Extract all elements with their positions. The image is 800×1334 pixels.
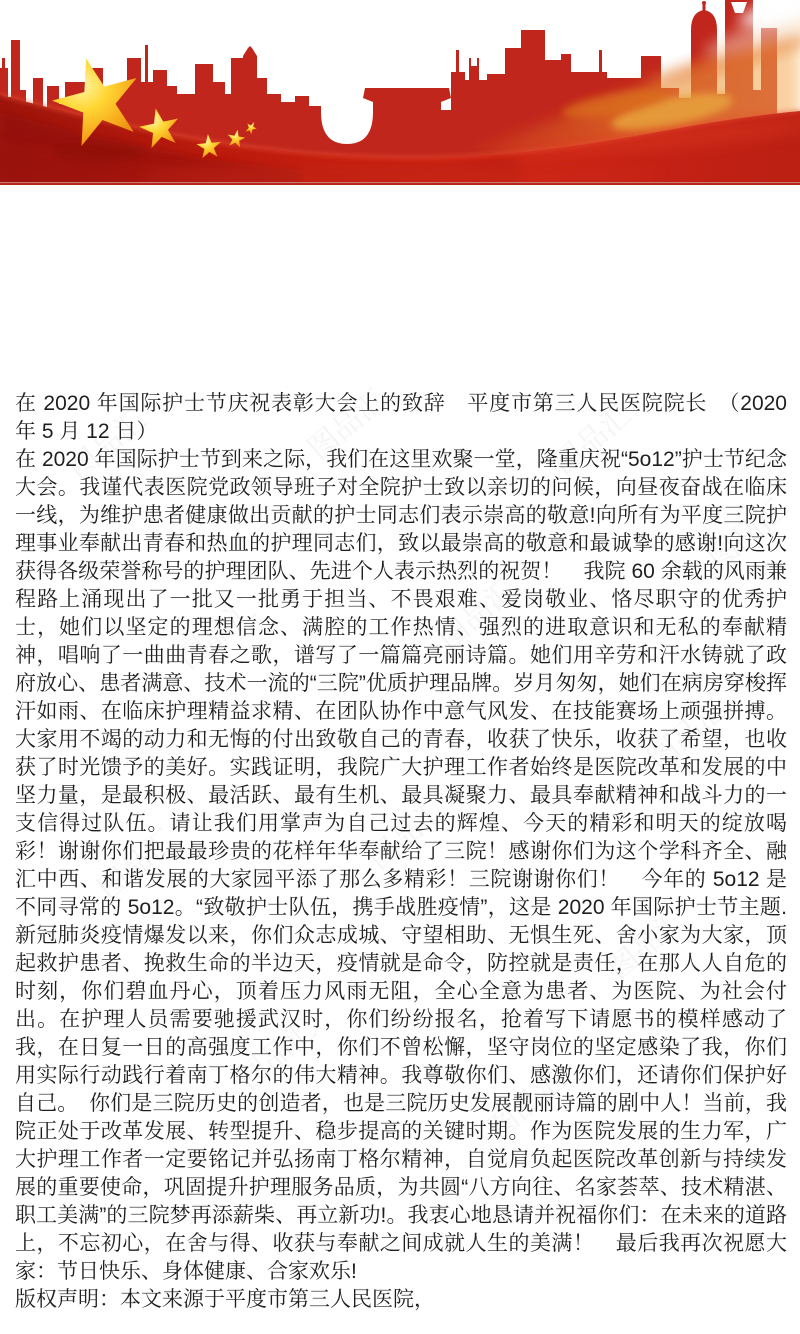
article-title: 在 2020 年国际护士节庆祝表彰大会上的致辞 平度市第三人民医院院长 （202… <box>15 390 787 446</box>
banner-divider-line <box>0 182 800 185</box>
article-text-block: 在 2020 年国际护士节庆祝表彰大会上的致辞 平度市第三人民医院院长 （202… <box>15 390 787 1314</box>
hero-banner <box>0 0 800 182</box>
hero-banner-graphic <box>0 0 800 182</box>
star-shadow <box>56 143 144 161</box>
article-body: 在 2020 年国际护士节到来之际，我们在这里欢聚一堂，隆重庆祝“5o12”护士… <box>15 446 787 1286</box>
article-copyright: 版权声明：本文来源于平度市第三人民医院， <box>15 1286 787 1314</box>
